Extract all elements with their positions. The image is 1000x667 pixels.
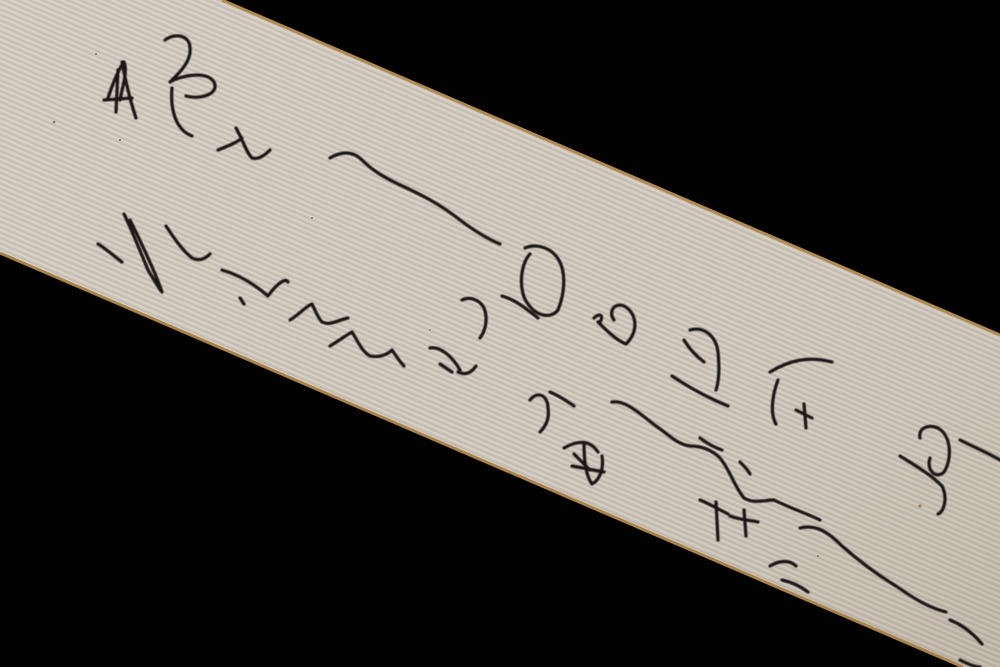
- tanzaku-photo: [0, 0, 1000, 667]
- photo-scene: tanzaku paper strip with cursive Japanes…: [0, 0, 1000, 667]
